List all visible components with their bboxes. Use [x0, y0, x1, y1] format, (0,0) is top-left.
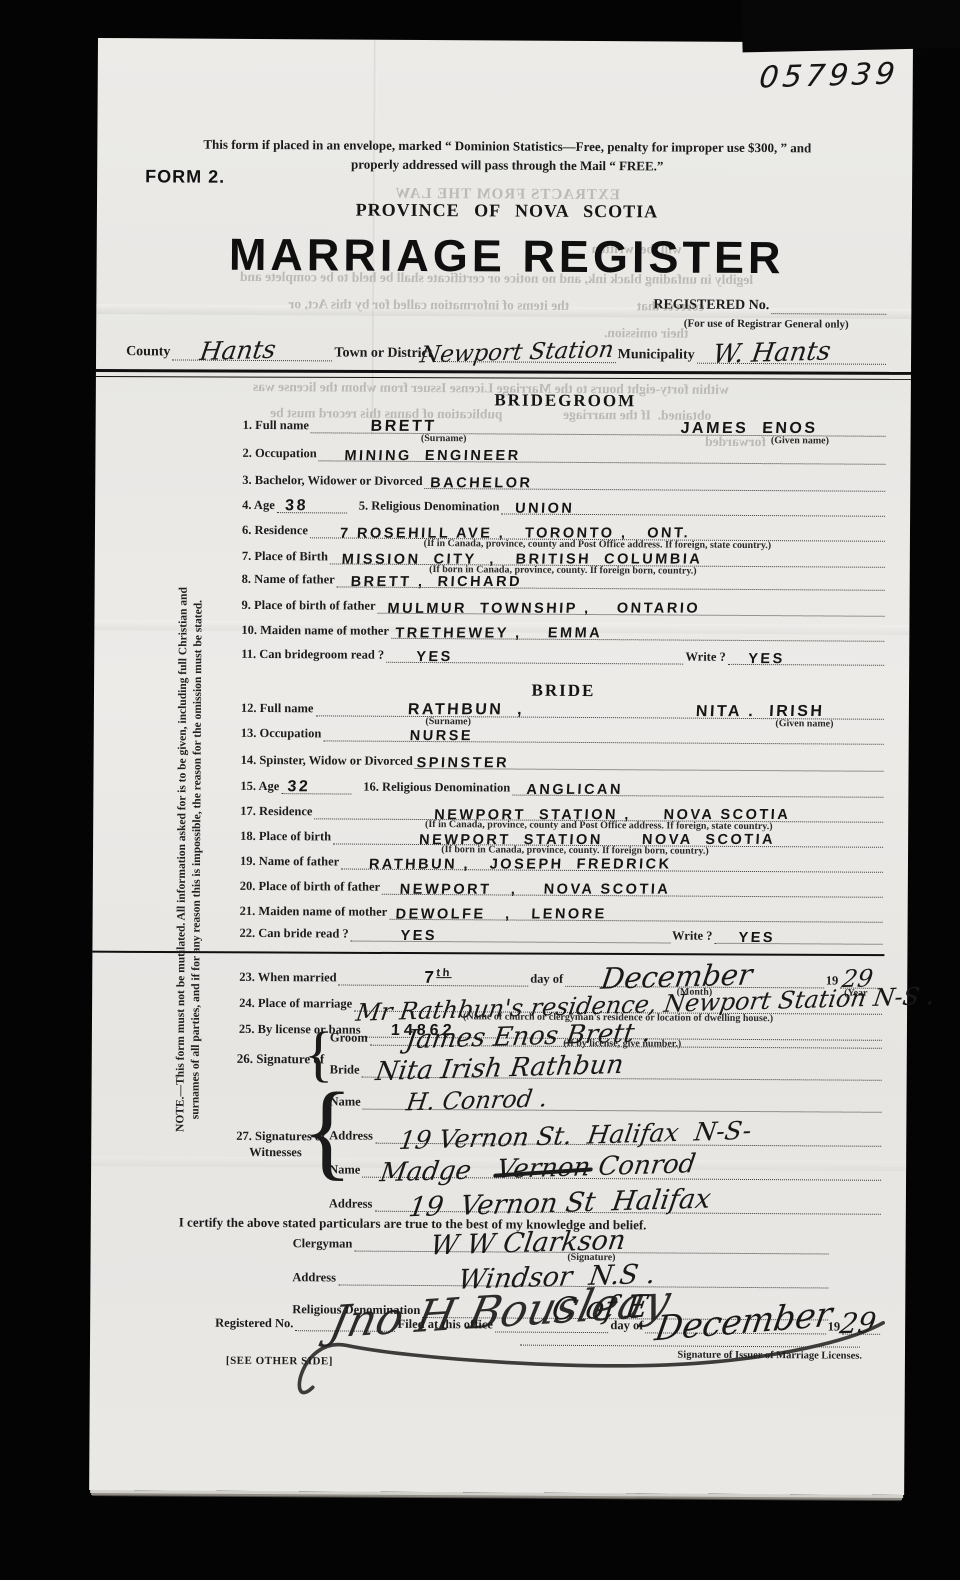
registered-no-label: REGISTERED No.: [653, 297, 769, 314]
field-22-write-line: YES: [714, 919, 882, 945]
witness1-address-label: Address: [329, 1128, 373, 1143]
witness2-address-label: Address: [329, 1196, 373, 1211]
witness1-address: 19 Vernon St. Halifax N-S-: [397, 1116, 753, 1155]
municipality-label: Municipality: [618, 347, 695, 363]
field-18-line: NEWPORT STATION NOVA SCOTIA (If born in …: [333, 819, 883, 847]
field-27-label-2: Witnesses: [249, 1145, 302, 1160]
field-15-line: 32: [281, 769, 351, 794]
handwritten-serial-number: 057939: [758, 56, 901, 95]
field-19-line: RATHBUN , JOSEPH FREDRICK: [341, 845, 883, 873]
field-15-value: 32: [287, 778, 311, 796]
field-10-label: 10. Maiden name of mother: [241, 623, 389, 639]
town-label: Town or District: [334, 345, 432, 362]
field-23-label: 23. When married: [239, 970, 336, 986]
county-label: County: [126, 344, 170, 360]
issuer-signature-flourish: [295, 1275, 896, 1409]
field-14-label: 14. Spinster, Widow or Divorced: [241, 753, 413, 769]
field-14-value: SPINSTER: [416, 755, 509, 771]
field-8-line: BRETT , RICHARD: [337, 562, 885, 590]
witness2-name-label: Name: [329, 1162, 360, 1177]
field-12-line: RATHBUN , NITA . IRISH (Surname) (Given …: [315, 691, 884, 719]
field-22-value: YES: [400, 928, 437, 944]
field-8-value: BRETT , RICHARD: [350, 574, 522, 590]
day-number: 7: [423, 968, 436, 987]
form-number: FORM 2.: [145, 166, 225, 187]
write-label: Write ?: [672, 929, 712, 944]
field-23-day-line: 7th: [339, 960, 529, 986]
field-13-label: 13. Occupation: [241, 726, 322, 741]
field-3-label: 3. Bachelor, Widower or Divorced: [242, 473, 422, 489]
field-14-line: SPINSTER: [415, 744, 884, 772]
field-1-line: BRETT JAMES ENOS (Surname) (Given name): [311, 408, 886, 437]
field-2-label: 2. Occupation: [242, 446, 316, 461]
witness1-name-line: H. Conrod .: [363, 1085, 882, 1113]
registered-no-footer-label: Registered No.: [215, 1316, 293, 1331]
town-value: Newport Station: [419, 337, 616, 369]
field-6-line: 7 ROSEHILL AVE , TORONTO , ONT. (If in C…: [310, 513, 885, 542]
county-value: Hants: [198, 335, 278, 366]
field-5-line: UNION: [501, 489, 885, 516]
mail-note-line2: properly addressed will pass through the…: [157, 155, 857, 175]
province-heading: PROVINCE OF NOVA SCOTIA: [157, 198, 857, 223]
witness1-name: H. Conrod .: [405, 1084, 550, 1116]
field-11-write-value: YES: [747, 651, 784, 667]
field-22-label: 22. Can bride read ?: [239, 926, 348, 942]
registered-no-line: [771, 289, 886, 315]
municipality-value: W. Hants: [710, 336, 832, 370]
scan-background-notch: [741, 0, 960, 52]
field-12-label: 12. Full name: [241, 701, 314, 716]
field-6-label: 6. Residence: [242, 523, 308, 538]
field-2-line: MINING ENGINEER: [319, 436, 886, 464]
field-1-label: 1. Full name: [243, 418, 309, 433]
clergyman-signature-line: W W Clarkson (Signature): [354, 1227, 828, 1255]
field-3-line: BACHELOR: [425, 464, 886, 492]
see-other-side-note: [SEE OTHER SIDE]: [226, 1355, 333, 1368]
field-4-line: 38: [277, 488, 347, 513]
field-13-line: NURSE: [323, 716, 884, 744]
field-23-month-line: December (Month): [565, 962, 824, 989]
witness1-address-line: 19 Vernon St. Halifax N-S-: [375, 1119, 882, 1147]
field-17-label: 17. Residence: [240, 804, 312, 819]
page-title: MARRIAGE REGISTER: [97, 228, 917, 285]
field-22-write-value: YES: [738, 930, 775, 946]
registrar-note: (For use of Registrar General only): [641, 317, 891, 331]
witness2-name-part1: Madge: [378, 1156, 473, 1189]
field-24-label: 24. Place of marriage: [239, 996, 352, 1012]
witness2-address-line: 19 Vernon St Halifax: [374, 1187, 881, 1215]
groom-signature-line: James Enos Brett .: [370, 1021, 882, 1049]
field-13-value: NURSE: [409, 728, 473, 744]
field-8-label: 8. Name of father: [242, 572, 335, 588]
town-line: Newport Station: [434, 337, 615, 363]
witness1-name-label: Name: [329, 1094, 360, 1109]
mail-note-line1: This form if placed in an envelope, mark…: [157, 136, 857, 156]
field-15-label: 15. Age: [240, 779, 279, 794]
field-20-line: NEWPORT , NOVA SCOTIA: [382, 870, 883, 898]
scanned-marriage-register: EXTRACTS FROM THE LAW will be written le…: [0, 0, 960, 1580]
field-9-label: 9. Place of birth of father: [241, 598, 375, 614]
groom-label: Groom: [330, 1030, 368, 1045]
margin-note-line2: surnames of all parties, and if for any …: [188, 540, 207, 1180]
day-suffix: th: [436, 967, 452, 979]
field-23-day-value: 7th: [423, 967, 451, 988]
field-11-label: 11. Can bridegroom read ?: [241, 647, 384, 663]
write-label: Write ?: [685, 650, 725, 665]
field-11-value: YES: [416, 649, 453, 665]
field-20-label: 20. Place of birth of father: [240, 879, 380, 895]
field-16-label: 16. Religious Denomination: [353, 780, 510, 796]
field-18-label: 18. Place of birth: [240, 829, 331, 845]
day-of-label: day of: [530, 972, 563, 987]
field-16-line: ANGLICAN: [512, 771, 883, 798]
field-19-label: 19. Name of father: [240, 854, 339, 870]
margin-note: NOTE.—This form must not be mutilated. A…: [173, 539, 207, 1179]
field-4-value: 38: [284, 497, 308, 515]
witness2-name: Madge Vernon Conrod: [378, 1149, 698, 1188]
field-17-line: NEWPORT STATION , NOVA SCOTIA (If in Can…: [314, 794, 883, 822]
field-5-label: 5. Religious Denomination: [349, 499, 500, 515]
witness2-name-struck: Vernon: [495, 1152, 593, 1185]
bride-signature: Nita Irish Rathbun: [373, 1050, 625, 1087]
county-line: Hants: [172, 335, 332, 361]
section-divider-rule: [92, 951, 884, 956]
issuer-hint: Signature of Issuer of Marriage Licenses…: [590, 1349, 862, 1362]
municipality-line: W. Hants: [697, 339, 887, 365]
witness2-name-part2: Conrod: [597, 1149, 698, 1182]
field-22-line: YES: [351, 917, 671, 944]
field-2-value: MINING ENGINEER: [344, 448, 521, 464]
field-11-line: YES: [386, 638, 683, 665]
field-24-line: Mr Rathbun's residence, Newport Station …: [354, 987, 882, 1015]
document-paper: EXTRACTS FROM THE LAW will be written le…: [89, 38, 913, 1495]
witness2-name-line: Madge Vernon Conrod: [362, 1153, 881, 1181]
bride-signature-line: Nita Irish Rathbun: [362, 1053, 882, 1081]
field-11-write-line: YES: [728, 640, 885, 666]
field-9-line: MULMUR TOWNSHIP , ONTARIO: [377, 589, 884, 617]
clergyman-label: Clergyman: [293, 1236, 353, 1251]
field-4-label: 4. Age: [242, 498, 275, 513]
